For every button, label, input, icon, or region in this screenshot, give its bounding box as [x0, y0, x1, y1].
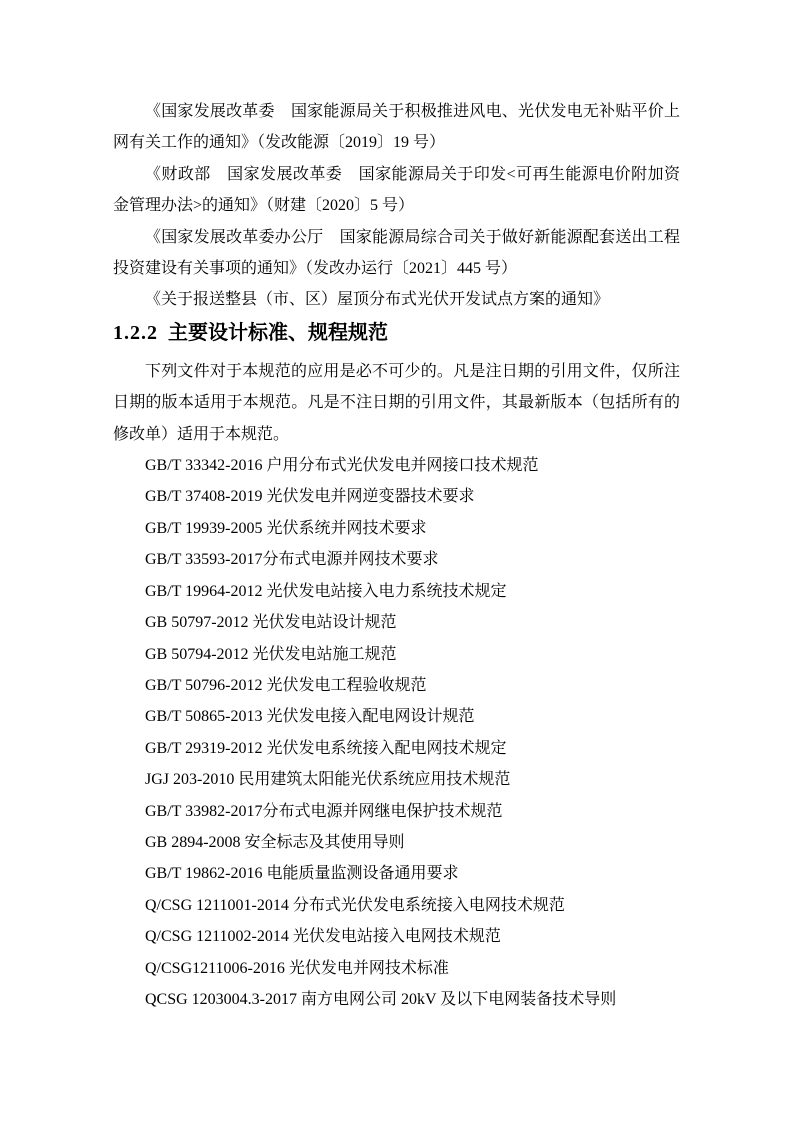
- standard-item: GB/T 50796-2012 光伏发电工程验收规范: [113, 670, 680, 701]
- standard-item: GB 50797-2012 光伏发电站设计规范: [113, 607, 680, 638]
- section-number: 1.2.2: [113, 322, 158, 344]
- notice-paragraph: 《国家发展改革委 国家能源局关于积极推进风电、光伏发电无补贴平价上网有关工作的通…: [113, 96, 680, 159]
- standard-item: Q/CSG 1211001-2014 分布式光伏发电系统接入电网技术规范: [113, 890, 680, 921]
- standard-item: GB/T 19862-2016 电能质量监测设备通用要求: [113, 858, 680, 889]
- standard-item: GB/T 37408-2019 光伏发电并网逆变器技术要求: [113, 481, 680, 512]
- standard-item: QCSG 1203004.3-2017 南方电网公司 20kV 及以下电网装备技…: [113, 984, 680, 1015]
- standard-item: GB/T 29319-2012 光伏发电系统接入配电网技术规定: [113, 733, 680, 764]
- standard-item: Q/CSG 1211002-2014 光伏发电站接入电网技术规范: [113, 921, 680, 952]
- notice-paragraph: 《关于报送整县（市、区）屋顶分布式光伏开发试点方案的通知》: [113, 284, 680, 315]
- standard-item: GB 2894-2008 安全标志及其使用导则: [113, 827, 680, 858]
- section-title: 主要设计标准、规程规范: [168, 322, 388, 344]
- standard-item: GB/T 50865-2013 光伏发电接入配电网设计规范: [113, 701, 680, 732]
- notice-paragraph: 《财政部 国家发展改革委 国家能源局关于印发<可再生能源电价附加资金管理办法>的…: [113, 159, 680, 222]
- intro-paragraph: 下列文件对于本规范的应用是必不可少的。凡是注日期的引用文件，仅所注日期的版本适用…: [113, 356, 680, 450]
- standard-item: GB/T 33982-2017分布式电源并网继电保护技术规范: [113, 796, 680, 827]
- standard-item: JGJ 203-2010 民用建筑太阳能光伏系统应用技术规范: [113, 764, 680, 795]
- standard-item: GB 50794-2012 光伏发电站施工规范: [113, 639, 680, 670]
- standard-item: GB/T 19964-2012 光伏发电站接入电力系统技术规定: [113, 576, 680, 607]
- standards-list: GB/T 33342-2016 户用分布式光伏发电并网接口技术规范 GB/T 3…: [113, 450, 680, 1015]
- notice-paragraph: 《国家发展改革委办公厅 国家能源局综合司关于做好新能源配套送出工程投资建设有关事…: [113, 222, 680, 285]
- document-page: 《国家发展改革委 国家能源局关于积极推进风电、光伏发电无补贴平价上网有关工作的通…: [0, 0, 793, 1122]
- standard-item: GB/T 19939-2005 光伏系统并网技术要求: [113, 513, 680, 544]
- section-heading: 1.2.2主要设计标准、规程规范: [113, 320, 680, 347]
- standard-item: GB/T 33593-2017分布式电源并网技术要求: [113, 544, 680, 575]
- standard-item: Q/CSG1211006-2016 光伏发电并网技术标准: [113, 953, 680, 984]
- standard-item: GB/T 33342-2016 户用分布式光伏发电并网接口技术规范: [113, 450, 680, 481]
